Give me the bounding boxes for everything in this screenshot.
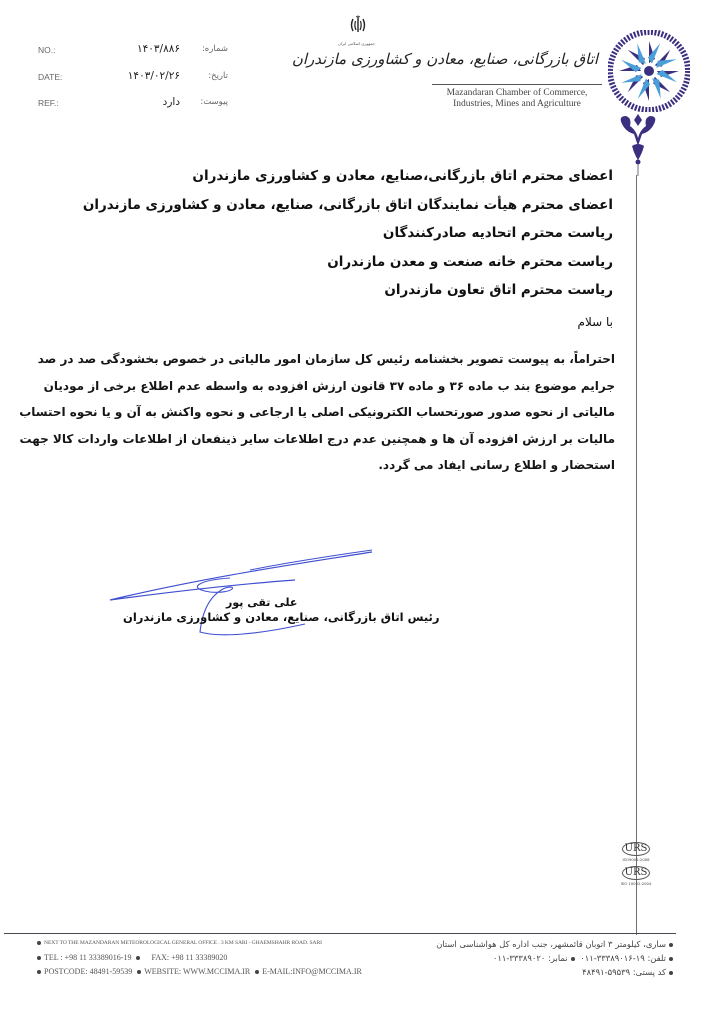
iran-emblem-icon bbox=[349, 15, 367, 35]
logo-divider bbox=[432, 84, 602, 85]
body-line: مالیات بر ارزش افزوده آن ها و همچنین عدم… bbox=[90, 426, 615, 453]
recipient-line: ریاست محترم خانه صنعت و معدن مازندران bbox=[83, 248, 613, 277]
chamber-name-fa: اتاق بازرگانی، صنایع، معادن و کشاورزی ما… bbox=[292, 50, 598, 68]
persian-ornament-icon bbox=[618, 112, 658, 176]
body-line: مالیاتی از نحوه صدور صورتحساب الکترونیکی… bbox=[90, 399, 615, 426]
email-link[interactable]: E-MAIL:INFO@MCCIMA.IR bbox=[262, 967, 362, 976]
date-label-fa: تاریخ: bbox=[208, 71, 228, 81]
footer-address-en: NEXT TO THE MAZANDARAN METEOROLOGICAL GE… bbox=[34, 940, 322, 946]
meta-date: DATE: ۱۴۰۳/۰۲/۲۶ تاریخ: bbox=[38, 70, 228, 86]
number-label-en: NO.: bbox=[38, 45, 55, 55]
bullet-icon bbox=[571, 957, 575, 961]
date-value: ۱۴۰۳/۰۲/۲۶ bbox=[128, 70, 180, 82]
footer-phone-en: TEL : +98 11 33389016-19 FAX: +98 11 333… bbox=[34, 953, 227, 962]
ref-label-en: REF.: bbox=[38, 98, 59, 108]
body-line: احتراماً، به پیوست تصویر بخشنامه رئیس کل… bbox=[90, 346, 615, 373]
bullet-icon bbox=[37, 941, 41, 945]
meta-number: NO.: ۱۴۰۳/۸۸۶ شماره: bbox=[38, 43, 228, 59]
certification-badge: URS ISO9001:2008 bbox=[611, 842, 661, 862]
bullet-icon bbox=[137, 970, 141, 974]
recipients-block: اعضای محترم اتاق بازرگانی،صنایع، معادن و… bbox=[83, 162, 613, 305]
bullet-icon bbox=[136, 956, 140, 960]
certification-caption: ISO9001:2008 bbox=[611, 857, 661, 862]
recipient-line: ریاست محترم اتاق تعاون مازندران bbox=[83, 276, 613, 305]
chamber-rosette-logo-icon bbox=[608, 30, 690, 112]
number-label-fa: شماره: bbox=[202, 44, 228, 54]
postcode-en: POSTCODE: 48491-59539 bbox=[44, 967, 132, 976]
number-value: ۱۴۰۳/۸۸۶ bbox=[137, 43, 180, 55]
signer-name: علی تقی پور bbox=[226, 596, 297, 609]
urs-logo-icon: URS bbox=[622, 842, 650, 856]
date-label-en: DATE: bbox=[38, 72, 62, 82]
vertical-rule bbox=[636, 175, 637, 935]
bullet-icon bbox=[669, 957, 673, 961]
urs-logo-icon: URS bbox=[622, 866, 650, 880]
handwritten-signature-icon bbox=[90, 540, 390, 650]
letter-body: احتراماً، به پیوست تصویر بخشنامه رئیس کل… bbox=[90, 346, 615, 479]
recipient-line: اعضای محترم اتاق بازرگانی،صنایع، معادن و… bbox=[83, 162, 613, 191]
emblem-caption: جمهوری اسلامی ایران bbox=[341, 41, 375, 46]
signer-title: رئیس اتاق بازرگانی، صنایع، معادن و کشاور… bbox=[123, 610, 439, 624]
fax-en: FAX: +98 11 33389020 bbox=[151, 953, 227, 962]
footer-postcode-fa: کد پستی: ۵۹۵۳۹-۴۸۴۹۱ bbox=[582, 967, 676, 977]
ref-label-fa: پیوست: bbox=[200, 97, 228, 107]
tel-en: TEL : +98 11 33389016-19 bbox=[44, 953, 131, 962]
recipient-line: اعضای محترم هیأت نمایندگان اتاق بازرگانی… bbox=[83, 191, 613, 220]
footer-phone-fa: تلفن: ۱۹-۳۳۳۸۹۰۱۶-۰۱۱ نمابر: ۳۳۳۸۹۰۲۰-۰۱… bbox=[493, 953, 676, 963]
address-fa: ساری، کیلومتر ۳ اتوبان قائمشهر، جنب ادار… bbox=[436, 939, 666, 949]
fax-fa: نمابر: ۳۳۳۸۹۰۲۰-۰۱۱ bbox=[493, 953, 568, 963]
chamber-name-en-line2: Industries, Mines and Agriculture bbox=[432, 99, 602, 110]
chamber-name-en-line1: Mazandaran Chamber of Commerce, bbox=[432, 88, 602, 99]
body-line: جرایم موضوع بند ب ماده ۳۶ و ماده ۳۷ قانو… bbox=[90, 373, 615, 400]
footer-address-fa: ساری، کیلومتر ۳ اتوبان قائمشهر، جنب ادار… bbox=[436, 939, 676, 949]
website-link[interactable]: WEBSITE: WWW.MCCIMA.IR bbox=[144, 967, 250, 976]
body-line: استحضار و اطلاع رسانی ایفاد می گردد. bbox=[90, 452, 615, 479]
bullet-icon bbox=[669, 943, 673, 947]
ref-value: دارد bbox=[163, 96, 180, 108]
bullet-icon bbox=[37, 970, 41, 974]
chamber-name-en: Mazandaran Chamber of Commerce, Industri… bbox=[432, 88, 602, 110]
tel-fa: تلفن: ۱۹-۳۳۳۸۹۰۱۶-۰۱۱ bbox=[580, 953, 666, 963]
recipient-line: ریاست محترم اتحادیه صادرکنندگان bbox=[83, 219, 613, 248]
certification-badge: URS ISO 10002:2004 bbox=[611, 866, 661, 886]
postcode-fa: کد پستی: ۵۹۵۳۹-۴۸۴۹۱ bbox=[582, 967, 666, 977]
bullet-icon bbox=[669, 971, 673, 975]
bullet-icon bbox=[37, 956, 41, 960]
bullet-icon bbox=[255, 970, 259, 974]
address-en: NEXT TO THE MAZANDARAN METEOROLOGICAL GE… bbox=[44, 940, 322, 946]
national-emblem: جمهوری اسلامی ایران bbox=[341, 15, 375, 46]
meta-ref: REF.: دارد پیوست: bbox=[38, 96, 228, 112]
certification-caption: ISO 10002:2004 bbox=[611, 881, 661, 886]
footer-contact-en: POSTCODE: 48491-59539 WEBSITE: WWW.MCCIM… bbox=[34, 967, 362, 976]
footer-rule bbox=[4, 933, 676, 934]
greeting: با سلام bbox=[578, 315, 613, 329]
